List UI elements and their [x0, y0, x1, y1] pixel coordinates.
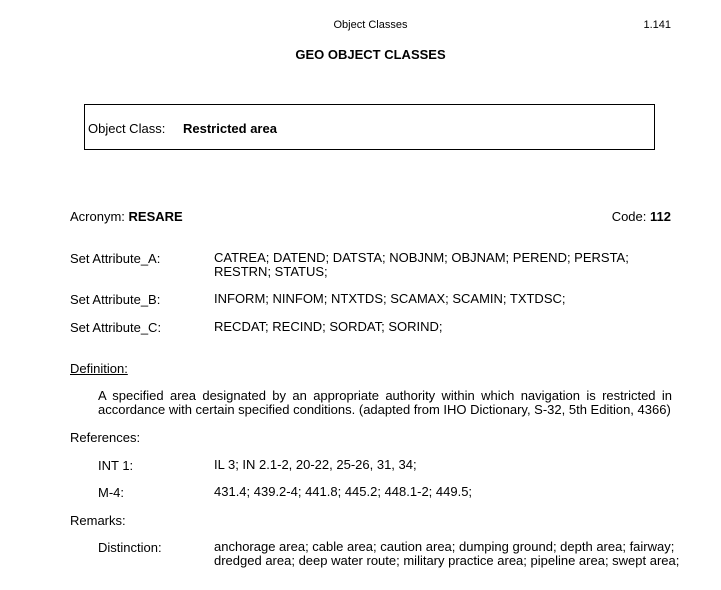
page-title: GEO OBJECT CLASSES [0, 47, 721, 62]
definition-line: accordance with certain specified condit… [98, 403, 672, 417]
object-class-label: Object Class: [88, 121, 165, 136]
distinction-line: anchorage area; cable area; caution area… [214, 540, 679, 554]
acronym-value: RESARE [129, 209, 183, 224]
code-label: Code: [612, 209, 647, 224]
reference-m4-value: 431.4; 439.2-4; 441.8; 445.2; 448.1-2; 4… [214, 485, 472, 499]
attribute-b-label: Set Attribute_B: [70, 292, 160, 307]
attribute-c-values: RECDAT; RECIND; SORDAT; SORIND; [214, 320, 442, 334]
attribute-a-values: CATREA; DATEND; DATSTA; NOBJNM; OBJNAM; … [214, 251, 629, 279]
page-number: 1.141 [643, 19, 671, 31]
object-class-box: Object Class: Restricted area [84, 104, 655, 150]
definition-heading: Definition: [70, 361, 128, 376]
definition-text: A specified area designated by an approp… [98, 389, 672, 417]
attribute-a-line: CATREA; DATEND; DATSTA; NOBJNM; OBJNAM; … [214, 251, 629, 265]
distinction-label: Distinction: [98, 540, 162, 555]
attribute-c-label: Set Attribute_C: [70, 320, 161, 335]
reference-int1-value: IL 3; IN 2.1-2, 20-22, 25-26, 31, 34; [214, 458, 417, 472]
distinction-values: anchorage area; cable area; caution area… [214, 540, 679, 568]
acronym-label: Acronym: [70, 209, 125, 224]
attribute-b-values: INFORM; NINFOM; NTXTDS; SCAMAX; SCAMIN; … [214, 292, 566, 306]
references-heading: References: [70, 430, 140, 445]
attribute-a-line: RESTRN; STATUS; [214, 265, 629, 279]
code-row: Code: 112 [612, 209, 671, 224]
definition-line: A specified area designated by an approp… [98, 389, 672, 403]
attribute-b-line: INFORM; NINFOM; NTXTDS; SCAMAX; SCAMIN; … [214, 292, 566, 306]
attribute-c-line: RECDAT; RECIND; SORDAT; SORIND; [214, 320, 442, 334]
distinction-line: dredged area; deep water route; military… [214, 554, 679, 568]
reference-int1-label: INT 1: [98, 458, 133, 473]
object-class-value: Restricted area [183, 121, 277, 136]
acronym-row: Acronym: RESARE [70, 209, 183, 224]
reference-m4-label: M-4: [98, 485, 124, 500]
attribute-a-label: Set Attribute_A: [70, 251, 160, 266]
remarks-heading: Remarks: [70, 513, 126, 528]
code-value: 112 [650, 209, 671, 224]
running-header-section: Object Classes [0, 19, 721, 31]
